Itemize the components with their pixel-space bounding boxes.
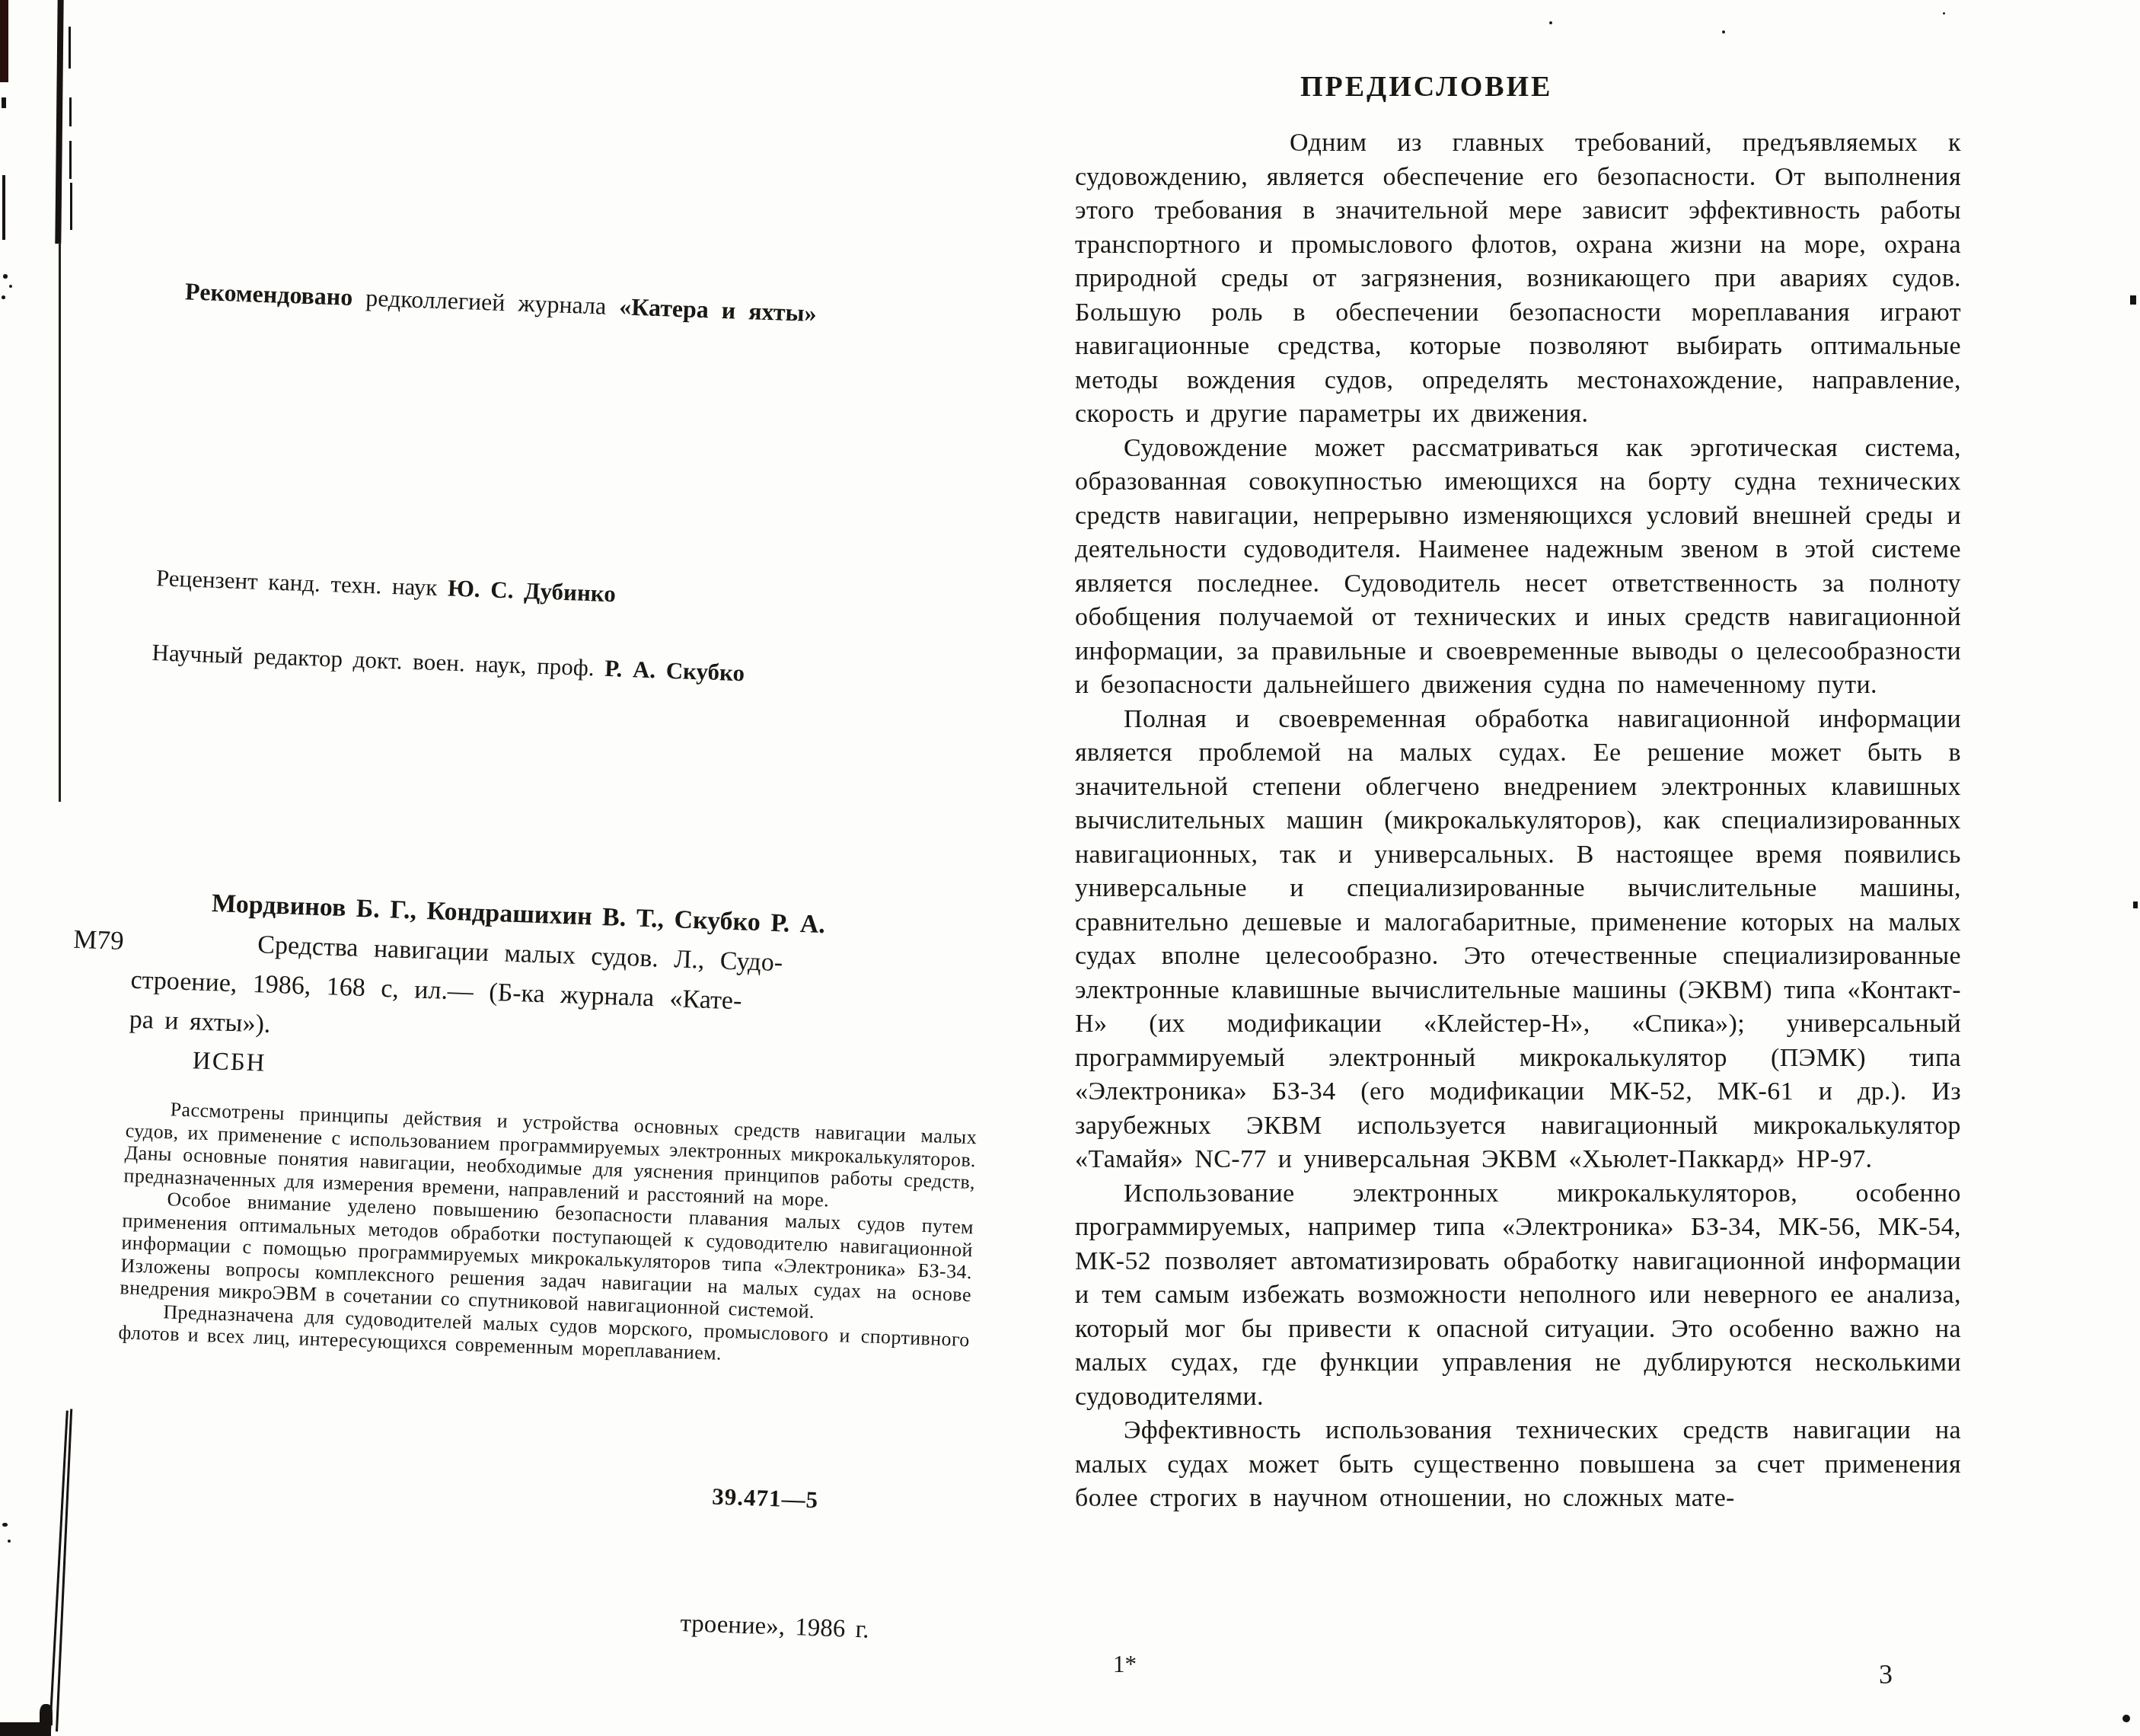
preface-paragraph: Судовождение может рассматриваться как э… — [1075, 432, 1961, 703]
scan-artifact-speck — [3, 274, 8, 279]
reviewer-label: Рецензент канд. техн. наук — [155, 564, 448, 601]
catalog-number: 39.471—5 — [712, 1482, 819, 1514]
isbn-line: ИСБН — [192, 1047, 266, 1077]
scan-artifact-blob — [40, 1704, 53, 1725]
scan-artifact-speck — [2, 1523, 8, 1527]
scan-artifact-speck — [1943, 12, 1945, 14]
scan-artifact-dash — [70, 183, 72, 230]
preface-paragraph: Эффективность использования технических … — [1075, 1414, 1961, 1516]
scan-artifact-speck — [1549, 21, 1552, 24]
preface-title: ПРЕДИСЛОВИЕ — [1300, 70, 1552, 104]
catalog-index: М79 — [73, 924, 124, 956]
scan-artifact-binding-line — [59, 242, 61, 802]
reviewer-line: Рецензент канд. техн. наук Ю. С. Дубинко — [155, 564, 616, 608]
scan-artifact-speck — [1722, 30, 1725, 34]
page-number: 3 — [1879, 1658, 1893, 1690]
footnote-mark: 1* — [1113, 1651, 1137, 1678]
scan-artifact-speck — [9, 285, 12, 288]
reviewer-name: Ю. С. Дубинко — [447, 575, 616, 608]
editor-line: Научный редактор докт. воен. наук, проф.… — [151, 639, 745, 687]
scan-artifact-dash — [69, 97, 72, 126]
citation-line-3: ра и яхты»). — [129, 1005, 271, 1039]
scan-artifact-dash — [69, 141, 72, 179]
recommendation-lead: Рекомендовано — [185, 277, 353, 311]
scan-artifact-dash — [2, 175, 5, 240]
recommendation-line: Рекомендовано редколлегией журнала «Кате… — [185, 277, 818, 327]
scan-artifact-dash — [69, 27, 71, 69]
scan-artifact-speck — [2, 295, 5, 299]
scanned-book-spread: { "colors": { "ink": "#1a1814", "paper":… — [0, 0, 2140, 1736]
preface-paragraph: Использование электронных микрокалькулят… — [1075, 1177, 1961, 1415]
recommendation-middle: редколлегией журнала — [352, 283, 620, 320]
scan-artifact-edge-tick — [2130, 295, 2136, 305]
left-page: Рекомендовано редколлегией журнала «Кате… — [43, 251, 1035, 1677]
scan-artifact-dash — [2, 97, 6, 108]
annotation-block: Рассмотрены принципы действия и устройст… — [118, 1096, 978, 1373]
scan-artifact-corner-bar — [0, 0, 8, 82]
scan-artifact-binding-bar — [55, 0, 63, 244]
journal-title: «Катера и яхты» — [619, 292, 817, 327]
scan-artifact-speck — [8, 1540, 11, 1543]
editor-name: Р. А. Скубко — [604, 655, 745, 686]
preface-paragraph: Одним из главных требований, предъявляем… — [1075, 126, 1961, 432]
right-page: ПРЕДИСЛОВИЕ Одним из главных требований,… — [1075, 70, 1973, 1516]
editor-label: Научный редактор докт. воен. наук, проф. — [151, 639, 605, 681]
scan-artifact-speck — [2122, 1715, 2130, 1722]
scan-artifact-edge-tick — [2133, 902, 2138, 908]
preface-body: Одним из главных требований, предъявляем… — [1075, 126, 1961, 1516]
citation-line-1: Средства навигации малых судов. Л., Судо… — [257, 930, 783, 978]
imprint-fragment: троение», 1986 г. — [680, 1610, 869, 1645]
preface-paragraph: Полная и своевременная обработка навигац… — [1075, 703, 1961, 1177]
